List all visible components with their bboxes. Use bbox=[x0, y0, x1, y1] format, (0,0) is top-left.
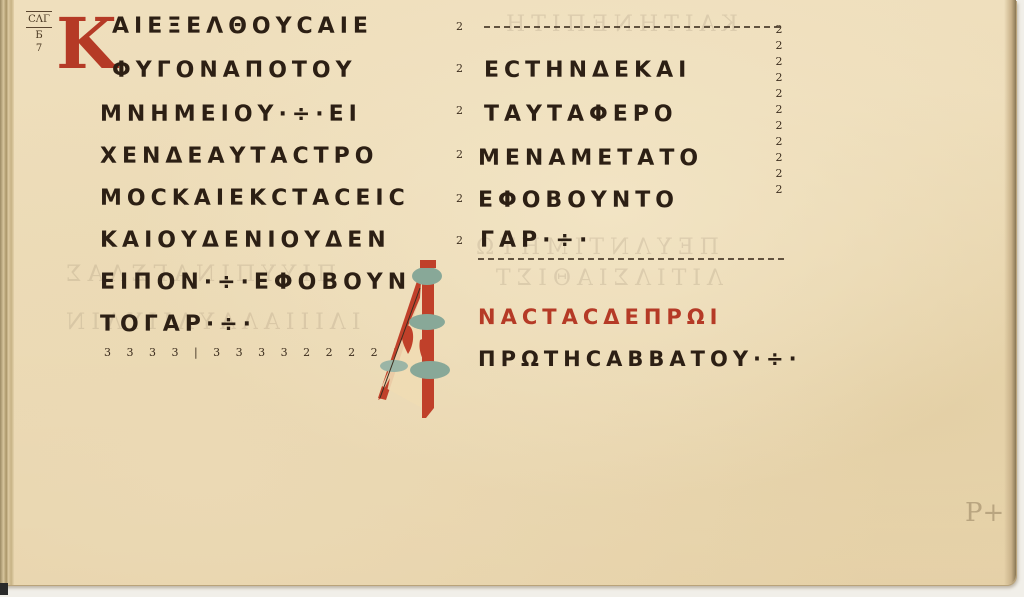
margin-ekphonetic-column: 2 2 2 2 2 2 2 2 2 2 2 bbox=[772, 22, 786, 198]
text-line: ΚΑΙΟΥΔΕΝΙΟΥΔΕΝ bbox=[100, 228, 391, 254]
text-line: ΜΟCΚΑΙΕΚCΤΑCΕΙC bbox=[100, 186, 410, 212]
overline bbox=[26, 27, 52, 28]
line-mark: 2 bbox=[456, 148, 463, 161]
text-line: ΦΥΓΟΝΑΠΟΤΟΥ bbox=[112, 58, 357, 84]
decorated-initial-a bbox=[372, 258, 468, 424]
canon-number: Б bbox=[24, 29, 54, 42]
line-mark: 2 bbox=[456, 104, 463, 117]
text-line: ΑΙΕΞΕΛΘΟΥCΑΙΕ bbox=[112, 14, 373, 40]
line-mark: 2 bbox=[456, 192, 463, 205]
text-line: ΤΑΥΤΑΦΕΡΟ bbox=[484, 102, 678, 128]
show-through-text: ΛΙΤΙΛΣΙΑΘΙΣΤ bbox=[490, 266, 723, 291]
text-line: ΧΕΝΔΕΑΥΤΑCΤΡΟ bbox=[100, 144, 378, 170]
overline bbox=[26, 11, 52, 12]
binding-edge bbox=[0, 0, 14, 585]
page-edge bbox=[1004, 0, 1016, 585]
line-mark: 2 bbox=[456, 20, 463, 33]
ekphonetic-rule bbox=[484, 26, 780, 36]
line-mark: 2 bbox=[456, 62, 463, 75]
red-initial-k: K bbox=[56, 14, 117, 74]
ekphonetic-notation: 3 3 3 3 | 3 3 3 3 2 2 2 2 3 bbox=[104, 346, 406, 359]
section-number: CΛΓ bbox=[24, 13, 54, 26]
margin-section-number: CΛΓ Б 7 bbox=[24, 10, 54, 55]
text-line: ΜΕΝΑΜΕΤΑΤΟ bbox=[478, 146, 703, 172]
line-mark: 2 bbox=[456, 234, 463, 247]
ekphonetic-rule bbox=[478, 258, 784, 268]
margin-mark: 7 bbox=[24, 42, 54, 55]
manuscript-page: ΚΑΙΤΗΝΕΠΙΤΗ ΠΕΥΛΝΤΙΜΗΤΩ ΛΙΤΙΛΣΙΑΘΙΣΤ ΠΙΥ… bbox=[0, 0, 1016, 585]
rubric-line: ΝΑCΤΑCΔΕΠΡΩΙ bbox=[478, 304, 722, 330]
text-line: ΓΑΡ·÷· bbox=[480, 228, 592, 254]
text-line: ΠΡΩΤΗCΑΒΒΑΤΟΥ·÷· bbox=[478, 346, 802, 372]
text-line: ΕCΤΗΝΔΕΚΑΙ bbox=[484, 58, 691, 84]
text-line: ΕΙΠΟΝ·÷·ΕΦΟΒΟΥΝ bbox=[100, 270, 411, 296]
text-line: ΤΟΓΑΡ·÷· bbox=[100, 312, 256, 338]
text-line: ΕΦΟΒΟΥΝΤΟ bbox=[478, 188, 679, 214]
folio-pencil-mark: P+ bbox=[965, 498, 1004, 528]
text-line: ΜΝΗΜΕΙΟΥ·÷·ΕΙ bbox=[100, 102, 362, 128]
